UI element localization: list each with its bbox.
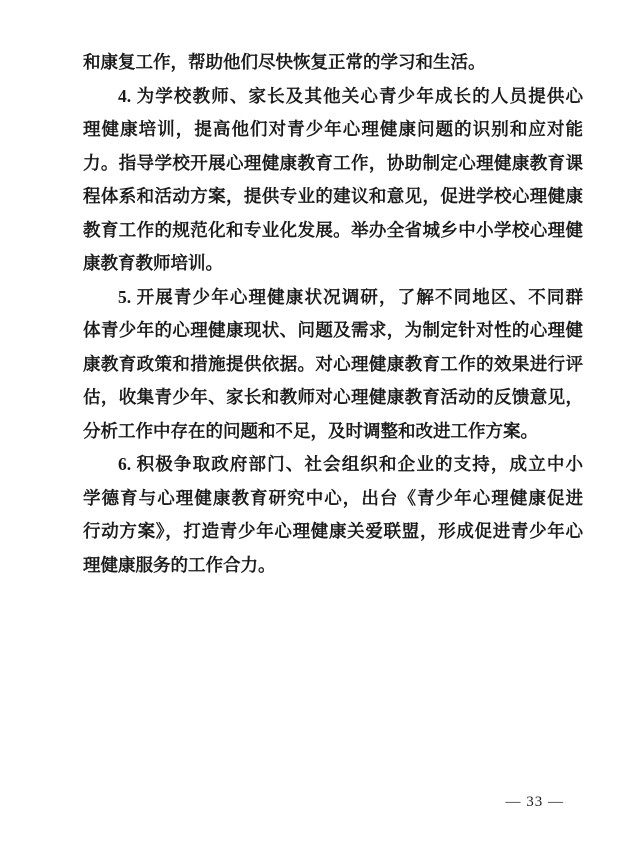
paragraph-line: 教育工作的规范化和专业化发展。举办全省城乡中小学校心理健 <box>83 214 583 248</box>
paragraph-line: 学德育与心理健康教育研究中心，出台《青少年心理健康促进 <box>83 482 583 516</box>
paragraph: 和康复工作，帮助他们尽快恢复正常的学习和生活。 <box>83 46 583 80</box>
paragraph: 5. 开展青少年心理健康状况调研，了解不同地区、不同群 体青少年的心理健康现状、… <box>83 281 583 449</box>
paragraph-line: 分析工作中存在的问题和不足，及时调整和改进工作方案。 <box>83 415 583 449</box>
paragraph-line: 力。指导学校开展心理健康教育工作，协助制定心理健康教育课 <box>83 147 583 181</box>
document-page: 和康复工作，帮助他们尽快恢复正常的学习和生活。 4. 为学校教师、家长及其他关心… <box>0 0 623 865</box>
paragraph-line: 理健康服务的工作合力。 <box>83 549 583 583</box>
paragraph-line: 体青少年的心理健康现状、问题及需求，为制定针对性的心理健 <box>83 314 583 348</box>
paragraph-line: 康教育政策和措施提供依据。对心理健康教育工作的效果进行评 <box>83 348 583 382</box>
paragraph-line: 4. 为学校教师、家长及其他关心青少年成长的人员提供心 <box>83 80 583 114</box>
paragraph-line: 行动方案》，打造青少年心理健康关爱联盟，形成促进青少年心 <box>83 515 583 549</box>
paragraph: 6. 积极争取政府部门、社会组织和企业的支持，成立中小 学德育与心理健康教育研究… <box>83 448 583 582</box>
document-body: 和康复工作，帮助他们尽快恢复正常的学习和生活。 4. 为学校教师、家长及其他关心… <box>83 46 583 582</box>
paragraph-line: 理健康培训，提高他们对青少年心理健康问题的识别和应对能 <box>83 113 583 147</box>
paragraph: 4. 为学校教师、家长及其他关心青少年成长的人员提供心 理健康培训，提高他们对青… <box>83 80 583 281</box>
paragraph-line: 程体系和活动方案，提供专业的建议和意见，促进学校心理健康 <box>83 180 583 214</box>
paragraph-line: 6. 积极争取政府部门、社会组织和企业的支持，成立中小 <box>83 448 583 482</box>
paragraph-line: 估，收集青少年、家长和教师对心理健康教育活动的反馈意见， <box>83 381 583 415</box>
paragraph-line: 康教育教师培训。 <box>83 247 583 281</box>
paragraph-line: 和康复工作，帮助他们尽快恢复正常的学习和生活。 <box>83 46 583 80</box>
page-number: — 33 — <box>506 792 565 812</box>
paragraph-line: 5. 开展青少年心理健康状况调研，了解不同地区、不同群 <box>83 281 583 315</box>
